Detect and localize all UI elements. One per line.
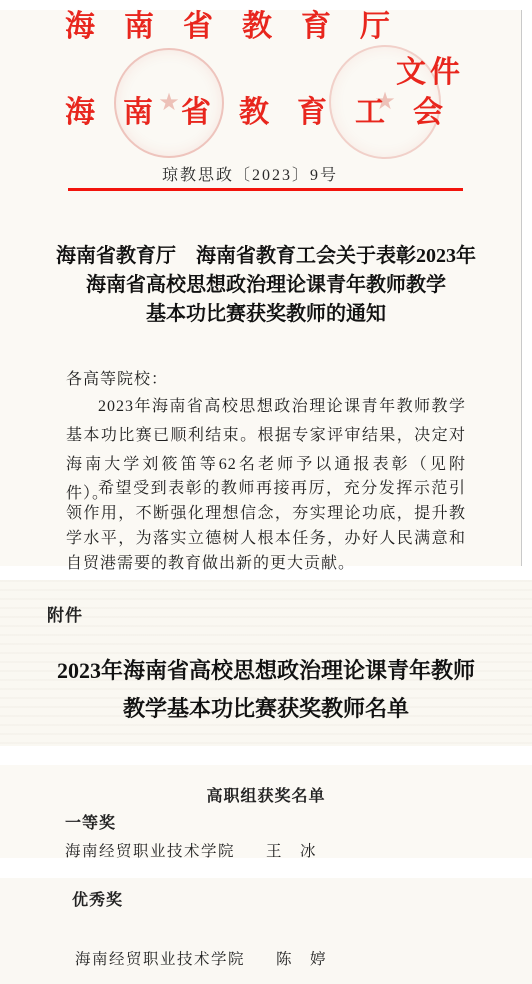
body-paragraph-2: 希望受到表彰的教师再接再厉，充分发挥示范引领作用，不断强化理想信念，夯实理论功底… xyxy=(66,476,466,576)
award-tier-excellence-prize: 优秀奖 xyxy=(72,887,123,910)
letterhead-org-2: 海南省教育工会 xyxy=(65,98,471,128)
award-entry-name: 王 冰 xyxy=(266,843,317,860)
document-title-line-3: 基本功比赛获奖教师的通知 xyxy=(40,300,492,329)
award-entry-school: 海南经贸职业技术学院 xyxy=(75,951,245,968)
letterhead-divider-line xyxy=(68,188,463,191)
award-tier-first-prize: 一等奖 xyxy=(65,810,116,833)
letterhead-file-label: 文件 xyxy=(396,58,464,88)
salutation: 各高等院校： xyxy=(66,366,168,389)
attachment-title-line-2: 教学基本功比赛获奖教师名单 xyxy=(16,690,516,728)
document-title: 海南省教育厅 海南省教育工会关于表彰2023年 海南省高校思想政治理论课青年教师… xyxy=(40,242,492,329)
letterhead-org-1: 海南省教育厅 xyxy=(65,12,419,42)
document-title-line-2: 海南省高校思想政治理论课青年教师教学 xyxy=(40,271,492,300)
award-entry-row: 海南经贸职业技术学院王 冰 xyxy=(65,839,317,861)
award-entry-row: 海南经贸职业技术学院陈 婷 xyxy=(75,947,327,969)
document-title-line-1: 海南省教育厅 海南省教育工会关于表彰2023年 xyxy=(40,242,492,271)
attachment-title-line-1: 2023年海南省高校思想政治理论课青年教师 xyxy=(16,652,516,690)
award-entry-school: 海南经贸职业技术学院 xyxy=(65,843,235,860)
award-group-heading: 高职组获奖名单 xyxy=(16,783,516,806)
document-scan: ★ ★ 海南省教育厅 文件 海南省教育工会 琼教思政〔2023〕9号 海南省教育… xyxy=(0,0,532,984)
attachment-title: 2023年海南省高校思想政治理论课青年教师 教学基本功比赛获奖教师名单 xyxy=(16,652,516,728)
award-entry-name: 陈 婷 xyxy=(276,951,327,968)
attachment-label: 附件 xyxy=(47,601,83,626)
document-number: 琼教思政〔2023〕9号 xyxy=(0,166,500,185)
